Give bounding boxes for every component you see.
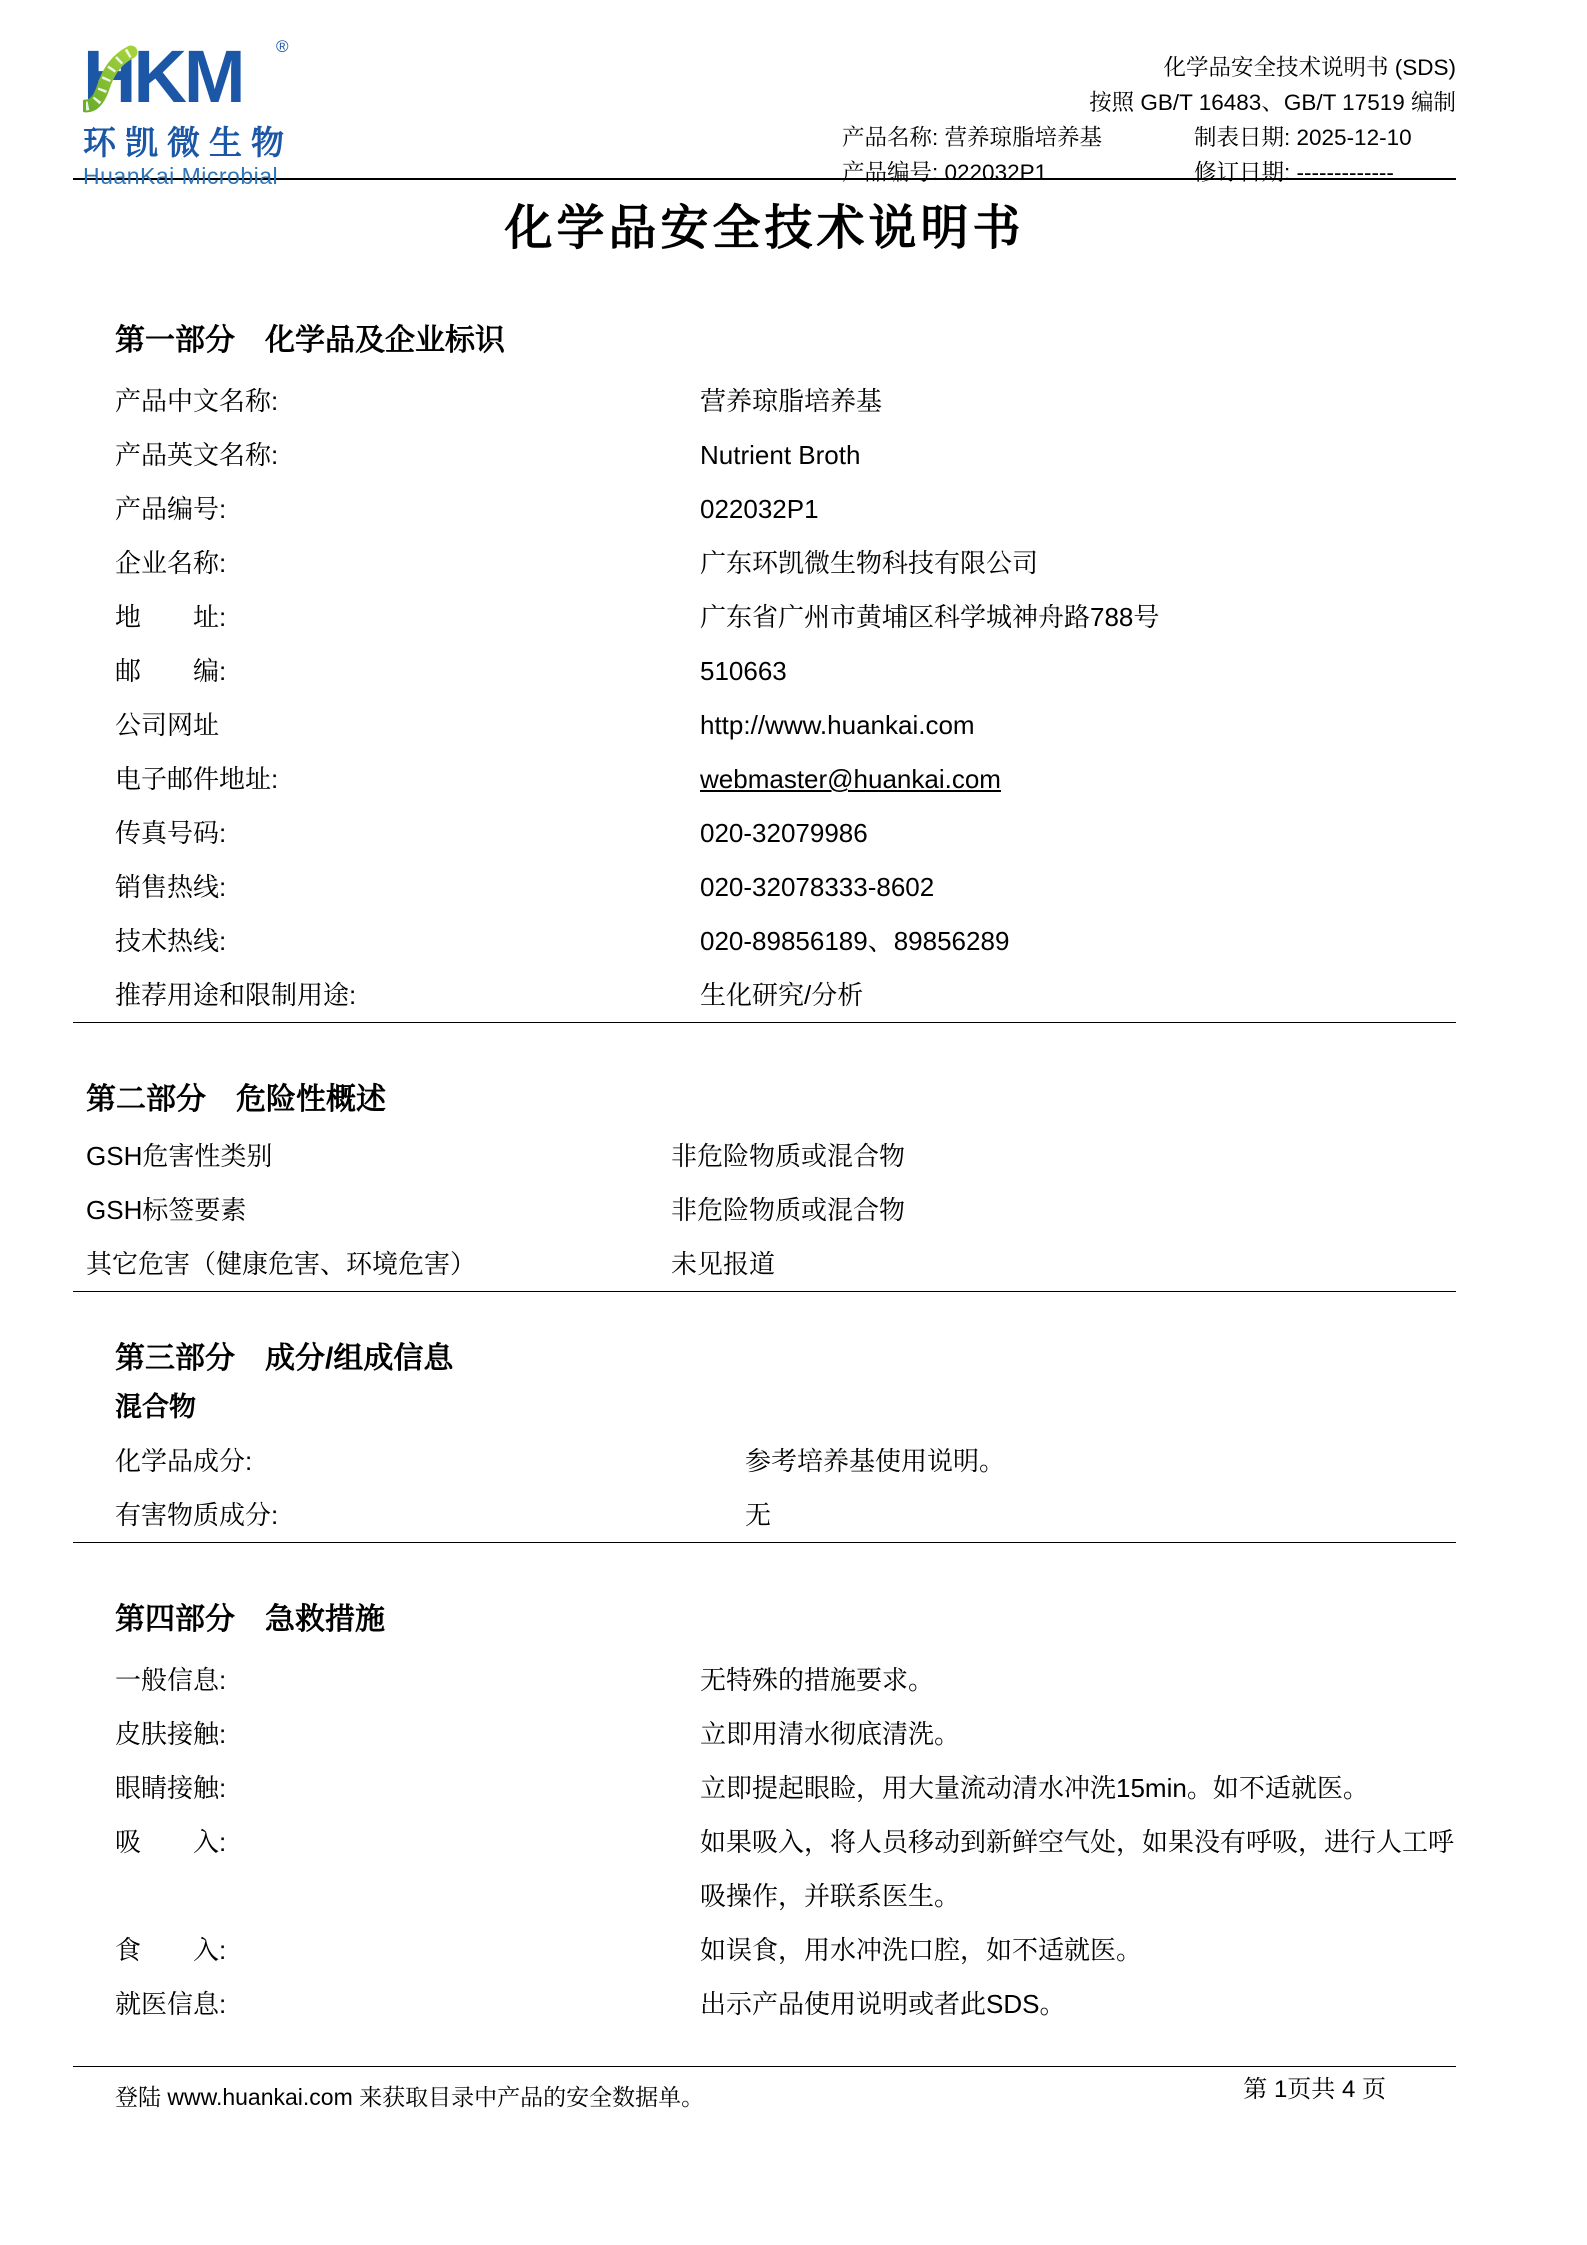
footer-note: 登陆 www.huankai.com 来获取目录中产品的安全数据单。 — [115, 2079, 704, 2112]
section-4-heading: 第四部分 急救措施 — [115, 1599, 1456, 1641]
page-number: 第 1页共 4 页 — [1243, 2069, 1386, 2104]
row-value: 非危险物质或混合物 — [671, 1183, 1456, 1237]
row-label: 企业名称: — [115, 536, 700, 590]
row-value: 无特殊的措施要求。 — [700, 1653, 1456, 1707]
meta-standards: 按照 GB/T 16483、GB/T 17519 编制 — [842, 85, 1456, 120]
row-value: 出示产品使用说明或者此SDS。 — [700, 1977, 1456, 2031]
row-value: 未见报道 — [671, 1237, 1456, 1291]
row-value: 立即用清水彻底清洗。 — [700, 1707, 1456, 1761]
section-2-heading: 第二部分 危险性概述 — [86, 1079, 1456, 1121]
row-value: Nutrient Broth — [700, 428, 1456, 482]
logo-company-name-en: HuanKai Microbial — [83, 165, 293, 188]
section-1-rows: 产品中文名称:营养琼脂培养基 产品英文名称:Nutrient Broth 产品编… — [115, 374, 1456, 1022]
meta-revision-date: 修订日期: ------------- — [1194, 155, 1456, 190]
row-label: 产品编号: — [115, 482, 700, 536]
table-row: 销售热线:020-32078333-8602 — [115, 860, 1456, 914]
row-value: 510663 — [700, 644, 1456, 698]
section-4-first-aid: 第四部分 急救措施 一般信息:无特殊的措施要求。 皮肤接触:立即用清水彻底清洗。… — [115, 1599, 1456, 2031]
row-label: 食 入: — [115, 1923, 700, 1977]
row-value: 非危险物质或混合物 — [671, 1129, 1456, 1183]
meta-product-code: 产品编号: 022032P1 — [842, 155, 1194, 190]
section-3-heading: 第三部分 成分/组成信息 — [115, 1338, 1456, 1380]
row-value: 广东环凯微生物科技有限公司 — [700, 536, 1456, 590]
company-logo: HKM ® 环凯微生物 HuanKai Microbial — [83, 36, 293, 188]
row-value: 如果吸入，将人员移动到新鲜空气处，如果没有呼吸，进行人工呼吸操作，并联系医生。 — [700, 1815, 1456, 1923]
email-link[interactable]: webmaster@huankai.com — [700, 752, 1456, 806]
table-row: 邮 编:510663 — [115, 644, 1456, 698]
row-label: 皮肤接触: — [115, 1707, 700, 1761]
section-1-identification: 第一部分 化学品及企业标识 产品中文名称:营养琼脂培养基 产品英文名称:Nutr… — [115, 320, 1456, 1022]
row-value: 营养琼脂培养基 — [700, 374, 1456, 428]
row-label: 吸 入: — [115, 1815, 700, 1923]
table-row: 吸 入:如果吸入，将人员移动到新鲜空气处，如果没有呼吸，进行人工呼吸操作，并联系… — [115, 1815, 1456, 1923]
row-label: 公司网址 — [115, 698, 700, 752]
table-row: 产品英文名称:Nutrient Broth — [115, 428, 1456, 482]
row-value: 生化研究/分析 — [700, 968, 1456, 1022]
table-row: 技术热线:020-89856189、89856289 — [115, 914, 1456, 968]
row-label: 一般信息: — [115, 1653, 700, 1707]
row-label: 产品中文名称: — [115, 374, 700, 428]
row-value: 020-32078333-8602 — [700, 860, 1456, 914]
page-footer: 登陆 www.huankai.com 来获取目录中产品的安全数据单。 第 1页共… — [73, 2066, 1456, 2112]
row-label: 眼睛接触: — [115, 1761, 700, 1815]
section-2-hazards: 第二部分 危险性概述 GSH危害性类别非危险物质或混合物 GSH标签要素非危险物… — [86, 1079, 1456, 1291]
row-label: 推荐用途和限制用途: — [115, 968, 700, 1022]
svg-text:®: ® — [276, 37, 289, 56]
table-row: 公司网址http://www.huankai.com — [115, 698, 1456, 752]
row-value: 020-89856189、89856289 — [700, 914, 1456, 968]
table-row: 食 入:如误食，用水冲洗口腔，如不适就医。 — [115, 1923, 1456, 1977]
row-value: 无 — [745, 1488, 1456, 1542]
meta-product-row: 产品名称: 营养琼脂培养基 制表日期: 2025-12-10 — [842, 120, 1456, 155]
table-row: 传真号码:020-32079986 — [115, 806, 1456, 860]
table-row: 地 址:广东省广州市黄埔区科学城神舟路788号 — [115, 590, 1456, 644]
row-value: 参考培养基使用说明。 — [745, 1434, 1456, 1488]
row-label: 电子邮件地址: — [115, 752, 700, 806]
document-title: 化学品安全技术说明书 — [73, 202, 1456, 256]
row-value: 如误食，用水冲洗口腔，如不适就医。 — [700, 1923, 1456, 1977]
row-value: 022032P1 — [700, 482, 1456, 536]
section-3-composition: 第三部分 成分/组成信息 混合物 化学品成分:参考培养基使用说明。 有害物质成分… — [115, 1338, 1456, 1542]
table-row: GSH标签要素非危险物质或混合物 — [86, 1183, 1456, 1237]
section-divider — [73, 1291, 1456, 1292]
hkm-logo-icon: HKM ® — [83, 36, 293, 118]
row-label: GSH危害性类别 — [86, 1129, 671, 1183]
table-row: 眼睛接触:立即提起眼睑，用大量流动清水冲洗15min。如不适就医。 — [115, 1761, 1456, 1815]
sds-document-page: HKM ® 环凯微生物 HuanKai Microbial 化学品安全技术说明书… — [0, 0, 1587, 2245]
table-row: 就医信息:出示产品使用说明或者此SDS。 — [115, 1977, 1456, 2031]
meta-product-name: 产品名称: 营养琼脂培养基 — [842, 120, 1194, 155]
row-label: 其它危害（健康危害、环境危害） — [86, 1237, 671, 1291]
section-divider — [73, 1542, 1456, 1543]
table-row: 推荐用途和限制用途:生化研究/分析 — [115, 968, 1456, 1022]
row-label: 传真号码: — [115, 806, 700, 860]
table-row: 产品中文名称:营养琼脂培养基 — [115, 374, 1456, 428]
row-label: 地 址: — [115, 590, 700, 644]
table-row: GSH危害性类别非危险物质或混合物 — [86, 1129, 1456, 1183]
table-row: 一般信息:无特殊的措施要求。 — [115, 1653, 1456, 1707]
company-website-link: http://www.huankai.com — [700, 698, 1456, 752]
row-value: 广东省广州市黄埔区科学城神舟路788号 — [700, 590, 1456, 644]
table-row: 有害物质成分:无 — [115, 1488, 1456, 1542]
section-divider — [73, 1022, 1456, 1023]
meta-doc-type: 化学品安全技术说明书 (SDS) — [842, 50, 1456, 85]
row-label: 就医信息: — [115, 1977, 700, 2031]
row-value: 立即提起眼睑，用大量流动清水冲洗15min。如不适就医。 — [700, 1761, 1456, 1815]
table-row: 化学品成分:参考培养基使用说明。 — [115, 1434, 1456, 1488]
row-label: 有害物质成分: — [115, 1488, 745, 1542]
row-value: 020-32079986 — [700, 806, 1456, 860]
table-row: 皮肤接触:立即用清水彻底清洗。 — [115, 1707, 1456, 1761]
logo-company-name-cn: 环凯微生物 — [83, 126, 293, 159]
meta-code-row: 产品编号: 022032P1 修订日期: ------------- — [842, 155, 1456, 190]
page-header: HKM ® 环凯微生物 HuanKai Microbial 化学品安全技术说明书… — [73, 0, 1456, 178]
row-label: 产品英文名称: — [115, 428, 700, 482]
section-3-subheading: 混合物 — [115, 1380, 1456, 1434]
table-row: 电子邮件地址:webmaster@huankai.com — [115, 752, 1456, 806]
table-row: 企业名称:广东环凯微生物科技有限公司 — [115, 536, 1456, 590]
table-row: 产品编号:022032P1 — [115, 482, 1456, 536]
row-label: 化学品成分: — [115, 1434, 745, 1488]
footer-content: 登陆 www.huankai.com 来获取目录中产品的安全数据单。 第 1页共… — [73, 2067, 1456, 2112]
row-label: GSH标签要素 — [86, 1183, 671, 1237]
section-3-rows: 化学品成分:参考培养基使用说明。 有害物质成分:无 — [115, 1434, 1456, 1542]
table-row: 其它危害（健康危害、环境危害）未见报道 — [86, 1237, 1456, 1291]
section-1-heading: 第一部分 化学品及企业标识 — [115, 320, 1456, 362]
meta-create-date: 制表日期: 2025-12-10 — [1194, 120, 1456, 155]
header-meta-block: 化学品安全技术说明书 (SDS) 按照 GB/T 16483、GB/T 1751… — [842, 36, 1456, 190]
section-4-rows: 一般信息:无特殊的措施要求。 皮肤接触:立即用清水彻底清洗。 眼睛接触:立即提起… — [115, 1653, 1456, 2031]
row-label: 技术热线: — [115, 914, 700, 968]
row-label: 销售热线: — [115, 860, 700, 914]
section-2-rows: GSH危害性类别非危险物质或混合物 GSH标签要素非危险物质或混合物 其它危害（… — [86, 1129, 1456, 1291]
row-label: 邮 编: — [115, 644, 700, 698]
